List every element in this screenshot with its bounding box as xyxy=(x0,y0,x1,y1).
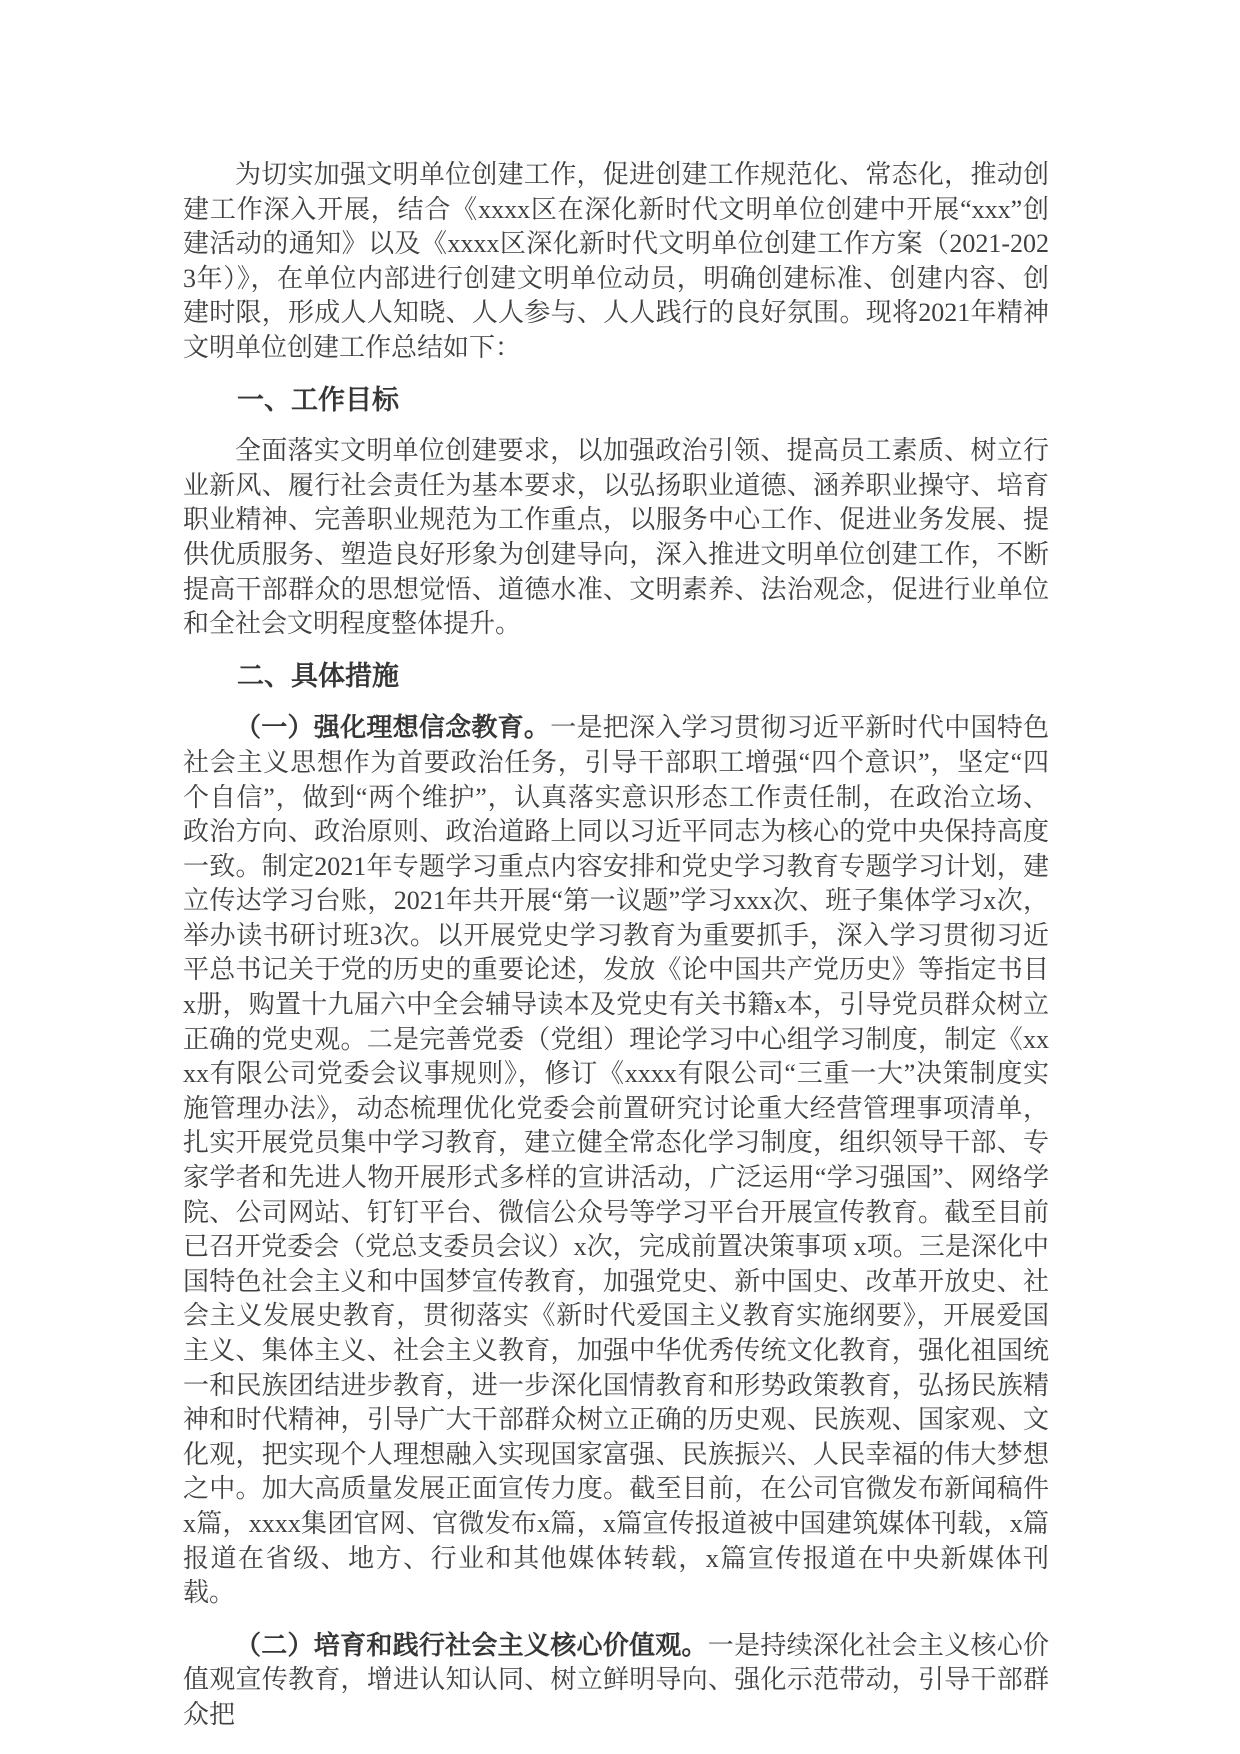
measure-paragraph-2: （二）培育和践行社会主义核心价值观。一是持续深化社会主义核心价值观宣传教育，增进… xyxy=(183,1628,1049,1733)
intro-paragraph: 为切实加强文明单位创建工作，促进创建工作规范化、常态化，推动创建工作深入开展，结… xyxy=(183,158,1049,366)
measure-2-lead: （二）培育和践行社会主义核心价值观。 xyxy=(235,1630,708,1660)
measure-1-lead: （一）强化理想信念教育。 xyxy=(235,712,550,742)
work-goals-paragraph: 全面落实文明单位创建要求，以加强政治引领、提高员工素质、树立行业新风、履行社会责… xyxy=(183,434,1049,642)
measure-paragraph-1: （一）强化理想信念教育。一是把深入学习贯彻习近平新时代中国特色社会主义思想作为首… xyxy=(183,710,1049,1610)
measure-1-text: 一是把深入学习贯彻习近平新时代中国特色社会主义思想作为首要政治任务，引导干部职工… xyxy=(183,713,1049,1607)
section-heading-work-goals: 一、工作目标 xyxy=(183,383,1049,418)
document-content: 为切实加强文明单位创建工作，促进创建工作规范化、常态化，推动创建工作深入开展，结… xyxy=(183,158,1049,1750)
section-heading-measures: 二、具体措施 xyxy=(183,659,1049,694)
document-page: 为切实加强文明单位创建工作，促进创建工作规范化、常态化，推动创建工作深入开展，结… xyxy=(0,0,1240,1754)
